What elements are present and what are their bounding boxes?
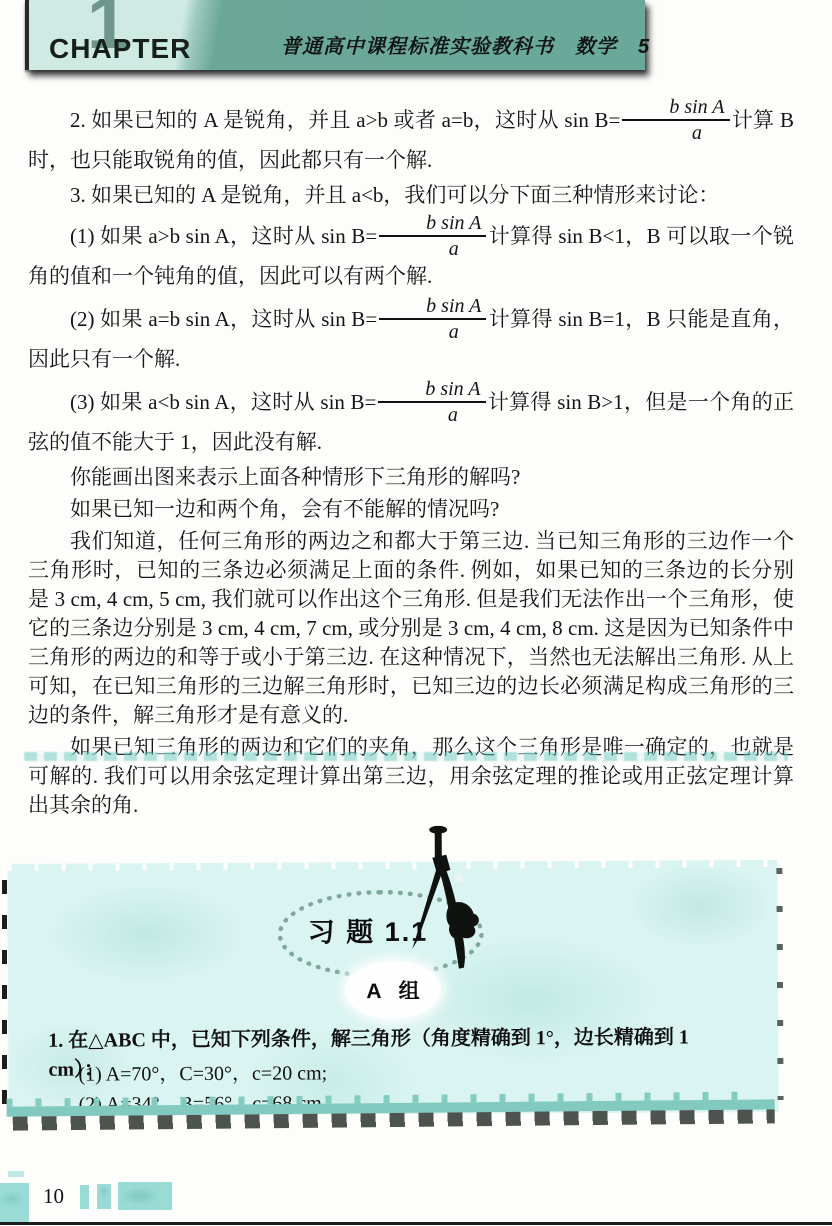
chapter-banner: 1 CHAPTER 普通高中课程标准实验教科书 数学 5 [25, 0, 645, 70]
fraction: b sin Aa [622, 96, 729, 144]
fraction-numerator: b sin A [378, 378, 485, 401]
fraction-denominator: a [379, 235, 486, 260]
footer-left-block [0, 1183, 29, 1223]
paragraph-subcase1: (1) 如果 a>b sin A，这时从 sin B=b sin Aa计算得 s… [28, 214, 794, 291]
fraction-denominator: a [378, 401, 485, 426]
body-text: 2. 如果已知的 A 是锐角，并且 a>b 或者 a=b，这时从 sin B=b… [28, 94, 794, 823]
fraction-denominator: a [622, 119, 729, 144]
paragraph-text: 2. 如果已知的 A 是锐角，并且 a>b 或者 a=b，这时从 sin B= [70, 108, 620, 132]
footer-mark [118, 1182, 172, 1210]
chapter-word: CHAPTER [49, 33, 191, 65]
fraction: b sin Aa [378, 378, 485, 426]
page-number: 10 [43, 1184, 64, 1209]
paragraph-subcase2: (2) 如果 a=b sin A，这时从 sin B=b sin Aa计算得 s… [28, 297, 794, 374]
perforated-bottom-edge [7, 1091, 775, 1130]
left-dashed-line [2, 880, 7, 1108]
right-edge-dashes [776, 868, 783, 1100]
paragraph-question1: 你能画出图来表示上面各种情形下三角形的解吗? [28, 463, 794, 492]
paragraph-case3: 3. 如果已知的 A 是锐角，并且 a<b，我们可以分下面三种情形来讨论： [28, 181, 794, 210]
problem-1-item-1: (1) A=70°，C=30°，c=20 cm; [78, 1056, 327, 1086]
fraction-numerator: b sin A [379, 295, 486, 318]
paragraph-text: (2) 如果 a=b sin A，这时从 sin B= [70, 307, 377, 331]
page-bleed-dash-strip [24, 752, 788, 761]
bottom-rule [0, 1222, 832, 1225]
group-a-badge: A 组 [345, 961, 441, 1020]
footer-mark [97, 1184, 111, 1209]
fraction: b sin Aa [379, 295, 486, 343]
exercise-section: 习 题 1.1 A 组 1. 在△ABC 中，已知下列条件，解三角形（角度精确到… [7, 860, 778, 1116]
paragraph-text: (1) 如果 a>b sin A，这时从 sin B= [70, 224, 377, 248]
fraction: b sin Aa [379, 212, 486, 260]
serrated-top-edge [7, 860, 777, 871]
paragraph-three-sides: 我们知道，任何三角形的两边之和都大于第三边. 当已知三角形的三边作一个三角形时，… [28, 527, 794, 730]
book-title: 普通高中课程标准实验教科书 数学 5 [281, 30, 650, 59]
compass-illustration [399, 825, 495, 975]
paragraph-question2: 如果已知一边和两个角，会有不能解的情况吗? [28, 495, 794, 524]
footer-mark [80, 1185, 89, 1209]
paragraph-case2: 2. 如果已知的 A 是锐角，并且 a>b 或者 a=b，这时从 sin B=b… [28, 98, 794, 175]
footer-speck [8, 1171, 24, 1177]
paragraph-subcase3: (3) 如果 a<b sin A，这时从 sin B=b sin Aa计算得 s… [28, 380, 794, 457]
fraction-numerator: b sin A [379, 212, 486, 235]
group-a-label: A 组 [360, 975, 425, 1005]
paragraph-text: (3) 如果 a<b sin A，这时从 sin B= [70, 390, 376, 414]
fraction-numerator: b sin A [622, 96, 729, 119]
textbook-page: 1 CHAPTER 普通高中课程标准实验教科书 数学 5 2. 如果已知的 A … [0, 0, 832, 1226]
fraction-denominator: a [379, 318, 486, 343]
paragraph-two-sides-angle: 如果已知三角形的两边和它们的夹角，那么这个三角形是唯一确定的，也就是可解的. 我… [28, 733, 794, 820]
